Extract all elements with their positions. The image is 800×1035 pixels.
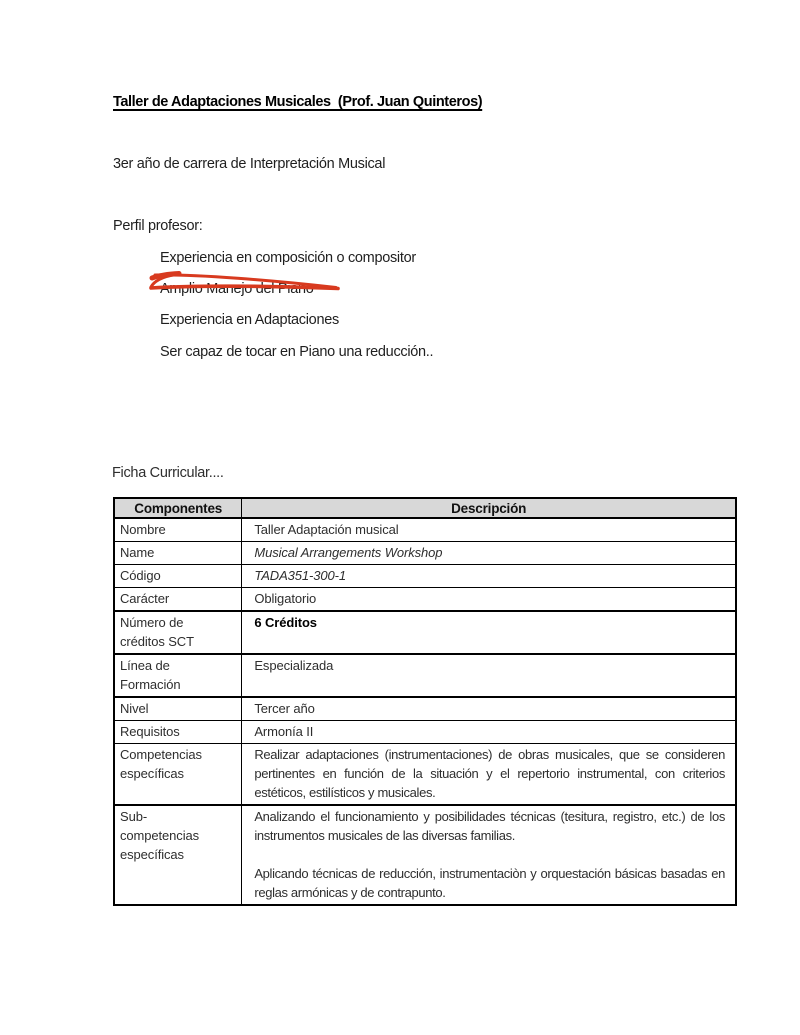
row-label: Número de créditos SCT: [114, 611, 242, 654]
table-row: Competencias específicas Realizar adapta…: [114, 744, 736, 806]
document-title: Taller de Adaptaciones Musicales (Prof. …: [113, 94, 482, 110]
profile-item: Experiencia en Adaptaciones: [160, 312, 339, 328]
row-label: Línea de Formación: [114, 654, 242, 697]
row-value: Armonía II: [242, 721, 736, 744]
row-label: Sub- competencias específicas: [114, 805, 242, 905]
ficha-curricular-label: Ficha Curricular....: [112, 465, 224, 481]
course-year-line: 3er año de carrera de Interpretación Mus…: [113, 156, 385, 172]
document-page: Taller de Adaptaciones Musicales (Prof. …: [0, 0, 800, 1035]
table-row: Requisitos Armonía II: [114, 721, 736, 744]
row-label: Competencias específicas: [114, 744, 242, 806]
header-componentes: Componentes: [114, 498, 242, 518]
row-value: Taller Adaptación musical: [242, 518, 736, 542]
table-row: Código TADA351-300-1: [114, 565, 736, 588]
row-label: Nombre: [114, 518, 242, 542]
profile-heading: Perfil profesor:: [113, 218, 203, 234]
table-row: Sub- competencias específicas Analizando…: [114, 805, 736, 905]
header-descripcion: Descripción: [242, 498, 736, 518]
row-label: Requisitos: [114, 721, 242, 744]
sub-competencias-paragraph-1: Analizando el funcionamiento y posibilid…: [254, 807, 725, 845]
profile-item: Experiencia en composición o compositor: [160, 250, 416, 266]
profile-item: Ser capaz de tocar en Piano una reducció…: [160, 344, 433, 360]
row-label: Name: [114, 542, 242, 565]
table-header-row: Componentes Descripción: [114, 498, 736, 518]
table-row: Número de créditos SCT 6 Créditos: [114, 611, 736, 654]
sub-competencias-paragraph-2: Aplicando técnicas de reducción, instrum…: [254, 864, 725, 902]
row-value: Analizando el funcionamiento y posibilid…: [242, 805, 736, 905]
row-label: Nivel: [114, 697, 242, 721]
table-row: Carácter Obligatorio: [114, 588, 736, 612]
row-value: Musical Arrangements Workshop: [242, 542, 736, 565]
row-value: 6 Créditos: [242, 611, 736, 654]
table-row: Name Musical Arrangements Workshop: [114, 542, 736, 565]
profile-item-struck: Amplio Manejo del Piano: [160, 281, 314, 297]
curriculum-table: Componentes Descripción Nombre Taller Ad…: [113, 497, 737, 906]
row-value: Obligatorio: [242, 588, 736, 612]
row-value: Especializada: [242, 654, 736, 697]
row-value: TADA351-300-1: [242, 565, 736, 588]
table-row: Línea de Formación Especializada: [114, 654, 736, 697]
row-value: Tercer año: [242, 697, 736, 721]
row-label: Carácter: [114, 588, 242, 612]
table-row: Nivel Tercer año: [114, 697, 736, 721]
table-row: Nombre Taller Adaptación musical: [114, 518, 736, 542]
row-label: Código: [114, 565, 242, 588]
row-value: Realizar adaptaciones (instrumentaciones…: [242, 744, 736, 806]
